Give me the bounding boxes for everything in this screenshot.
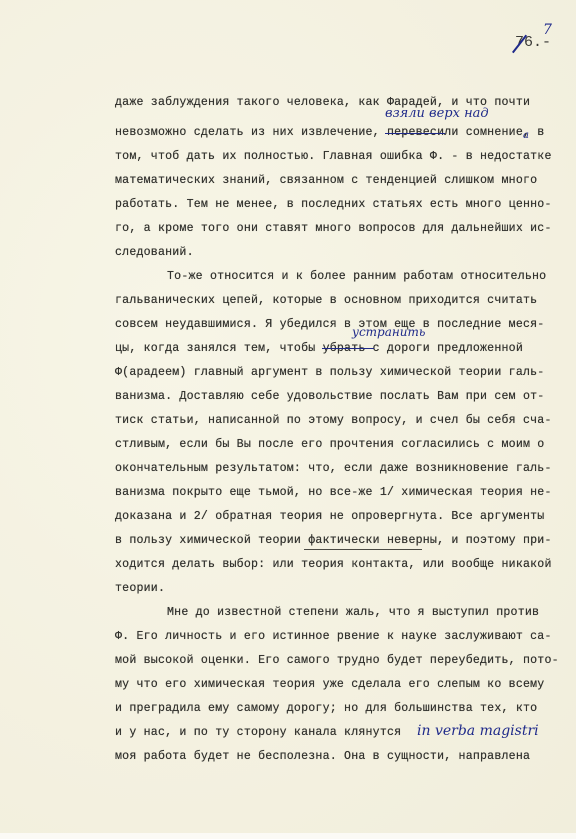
text-line: Ф. Его личность и его истинное рвение к … (115, 630, 552, 643)
text-line: теории. (115, 582, 165, 595)
text-line: ванизма. Доставляю себе удовольствие пос… (115, 390, 544, 403)
text-line: ходится делать выбор: или теория контакт… (115, 558, 552, 571)
text-line: го, а кроме того они ставят много вопрос… (115, 222, 552, 235)
text-line: в пользу химической теории фактически не… (115, 534, 552, 547)
text-line: работать. Тем не менее, в последних стат… (115, 198, 552, 211)
text-line: и у нас, и по ту сторону канала клянутся (115, 726, 401, 739)
text-line: следований. (115, 246, 194, 259)
text-line: моя работа будет не бесполезна. Она в су… (115, 750, 530, 763)
text-line: стливым, если бы Вы после его прочтения … (115, 438, 544, 451)
text-line: тиск статьи, написанной по этому вопросу… (115, 414, 552, 427)
text-line: доказана и 2/ обратная теория не опровер… (115, 510, 544, 523)
underline-fakticheski-neverny (304, 549, 422, 550)
text-line: окончательным результатом: что, если даж… (115, 462, 552, 475)
handwritten-latin-phrase: in verba magistri (417, 723, 539, 739)
text-line: Ф(арадеем) главный аргумент в пользу хим… (115, 366, 544, 379)
strikethrough-ubrat (322, 348, 374, 349)
handwritten-insert-ustranit: устранить (352, 325, 425, 339)
handwritten-suffix: а (523, 130, 529, 141)
text-line: То-же относится и к более ранним работам… (167, 270, 546, 283)
text-line: мой высокой оценки. Его самого трудно бу… (115, 654, 559, 667)
text-line: невозможно сделать из них извлечение, пе… (115, 126, 544, 139)
text-line: му что его химическая теория уже сделала… (115, 678, 544, 691)
text-line: том, чтоб дать их полностью. Главная оши… (115, 150, 552, 163)
page-number-handwritten: 7 (543, 22, 552, 38)
text-line: математических знаний, связанном с тенде… (115, 174, 537, 187)
page-edge (0, 833, 576, 839)
text-line: и преградила ему самому дорогу; но для б… (115, 702, 537, 715)
text-line: цы, когда занялся тем, чтобы убрать с до… (115, 342, 523, 355)
text-line: Мне до известной степени жаль, что я выс… (167, 606, 539, 619)
handwritten-insert-vzyali-verkh: взяли верх над (385, 106, 489, 121)
text-line: совсем неудавшимися. Я убедился в этом е… (115, 318, 544, 331)
strikethrough-perevesili (385, 133, 445, 134)
text-line: гальванических цепей, которые в основном… (115, 294, 537, 307)
text-line: ванизма покрыто еще тьмой, но все-же 1/ … (115, 486, 552, 499)
